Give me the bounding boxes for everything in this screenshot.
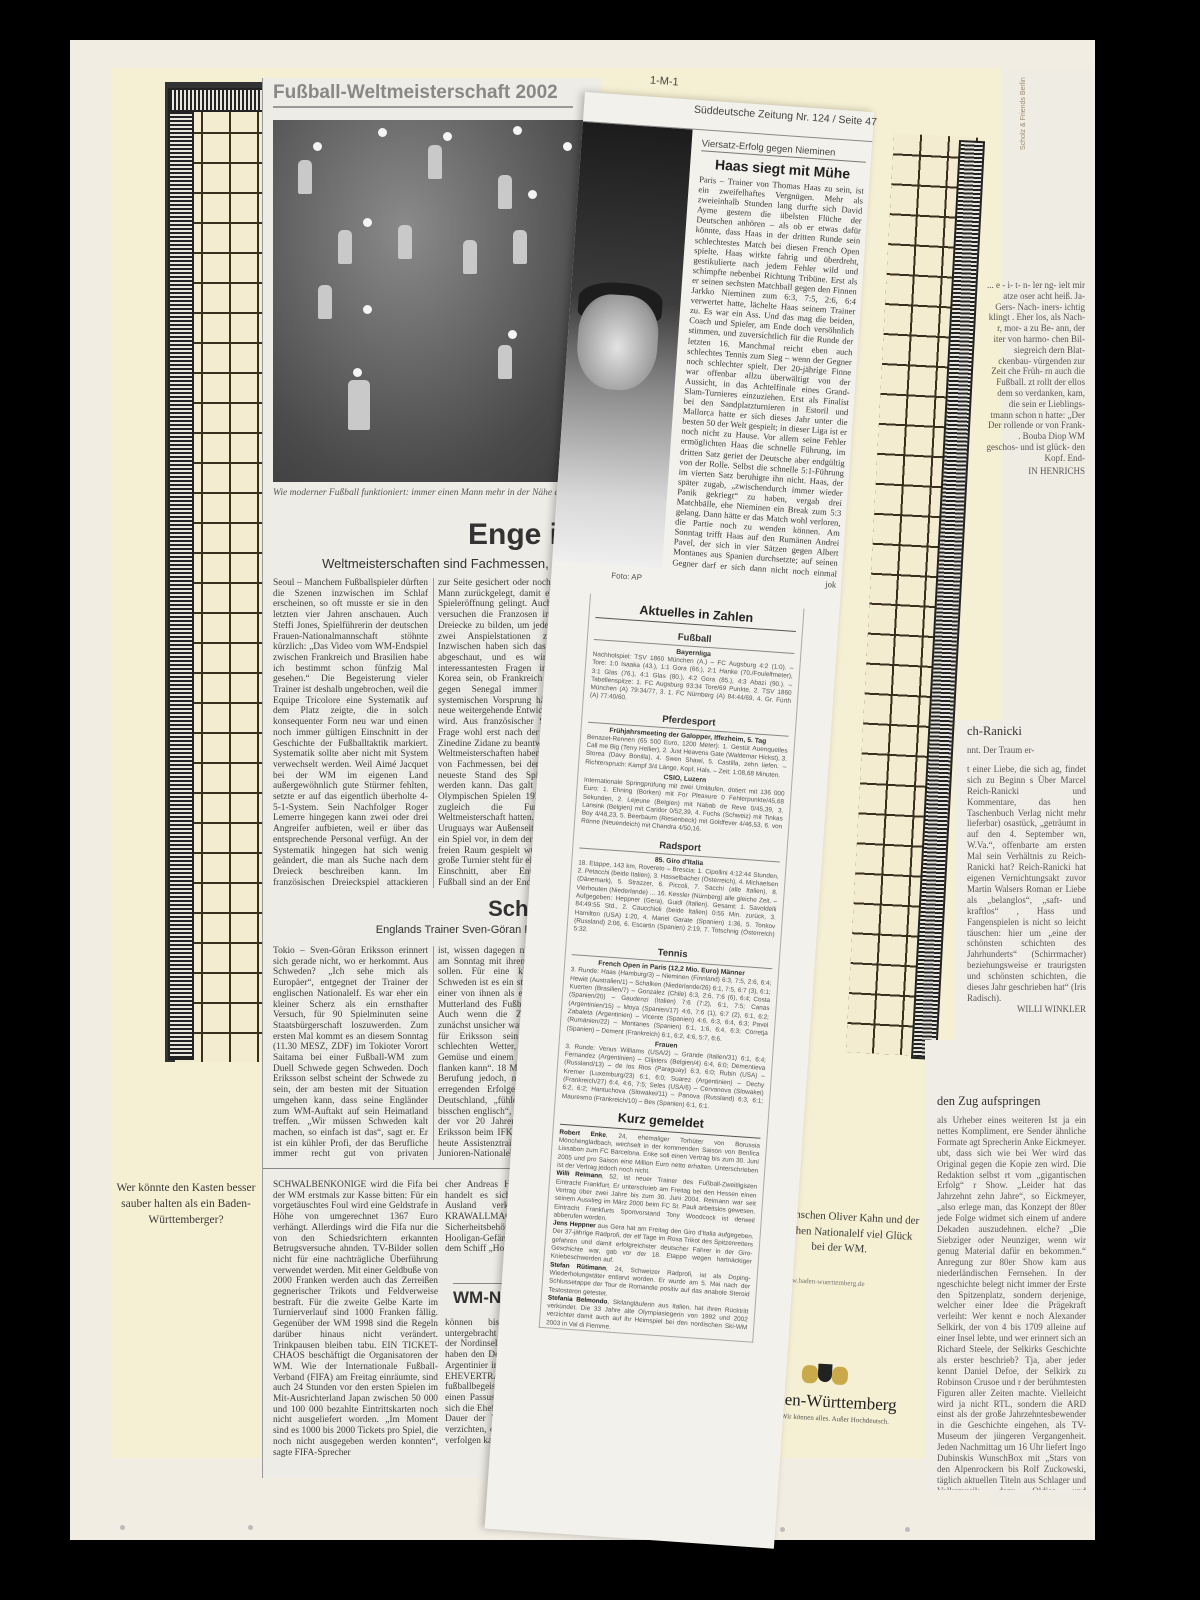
article-body: als Urheber eines weiteren Ist ja ein ne… <box>925 1115 1090 1490</box>
crest-shield <box>818 1364 833 1383</box>
player-figure <box>498 175 512 209</box>
article-column-1: Seoul – Manchem Fußballspieler dürften d… <box>273 578 428 888</box>
player-figure <box>513 230 527 264</box>
soccer-ball <box>563 142 572 151</box>
perforation-hole <box>120 1525 125 1530</box>
training-photo <box>273 120 603 482</box>
player-figure <box>338 230 352 264</box>
event-results: 3. Runde: Haas (Hamburg/3) – Nieminen (F… <box>566 967 771 1047</box>
article-column-1: Tokio – Sven-Göran Eriksson erinnert sic… <box>273 946 428 1160</box>
article-headline: den Zug aufspringen <box>937 1094 1090 1109</box>
player-figure <box>348 380 370 430</box>
notes-column-1: SCHWALBENKÖNIGE wird die Fifa bei der WM… <box>273 1180 438 1470</box>
article-body: t einer Liebe, die sich ag, findet sich … <box>955 764 1090 1004</box>
reich-ranicki-article: ch-Ranicki nnt. Der Traum er- t einer Li… <box>955 720 1090 1050</box>
player-figure <box>428 145 442 179</box>
article-author: WILLI WINKLER <box>955 1004 1090 1014</box>
soccer-ball <box>363 305 372 314</box>
article-lead: nnt. Der Traum er- <box>955 745 1090 756</box>
soccer-ball <box>528 190 537 199</box>
player-figure <box>498 345 512 379</box>
agency-credit: Scholz & Friends Berlin <box>1020 77 1027 150</box>
article-headline: ch-Ranicki <box>967 724 1090 739</box>
goal-post-left <box>168 90 194 1060</box>
soccer-ball <box>313 142 322 151</box>
page-section-header: Fußball-Weltmeisterschaft 2002 <box>273 82 573 108</box>
event-results: 18. Etappe, 143 km, Rovereto – Brescia: … <box>573 859 779 948</box>
player-figure <box>463 240 477 274</box>
soccer-ball <box>508 330 517 339</box>
player-figure <box>398 225 412 259</box>
right-page-text: ... e - i- t- n- ler ng- ielt mir atze o… <box>985 280 1085 464</box>
page-code: 1-M-1 <box>650 75 680 89</box>
soccer-ball <box>353 368 362 377</box>
player-figure <box>318 285 332 319</box>
player-figure <box>298 160 312 194</box>
soccer-ball <box>513 126 522 135</box>
stats-box: Aktuelles in Zahlen Fußball Bayernliga N… <box>539 594 805 1343</box>
right-page-column: ... e - i- t- n- ler ng- ielt mir atze o… <box>985 280 1085 476</box>
photo-face <box>574 292 660 392</box>
perforation-hole <box>248 1525 253 1530</box>
crest-lion-right <box>831 1366 848 1385</box>
soccer-ball <box>443 132 452 141</box>
photo-caption: Wie moderner Fußball funktioniert: immer… <box>273 488 603 498</box>
article-body: Paris – Trainer von Thomas Haas zu sein,… <box>672 174 864 580</box>
column-divider <box>433 578 434 888</box>
soccer-ball <box>363 218 372 227</box>
column-divider <box>433 946 434 1160</box>
haas-article: Viersatz-Erfolg gegen Nieminen Haas sieg… <box>671 138 866 590</box>
zug-aufspringen-article: den Zug aufspringen als Urheber eines we… <box>925 1040 1090 1490</box>
ad-question-text: Wer könnte den Kasten besser sauber halt… <box>116 1180 256 1228</box>
right-page-author: IN HENRICHS <box>985 466 1085 477</box>
news-item-text: , 24, ehemaliger Torhüter von Borussia M… <box>557 1132 760 1175</box>
baden-wuerttemberg-crest-icon <box>799 1359 850 1390</box>
soccer-ball <box>378 128 387 137</box>
crest-lion-left <box>802 1365 819 1384</box>
perforation-hole <box>780 1527 785 1532</box>
perforation-hole <box>905 1527 910 1532</box>
photo-credit: Foto: AP <box>611 571 642 582</box>
